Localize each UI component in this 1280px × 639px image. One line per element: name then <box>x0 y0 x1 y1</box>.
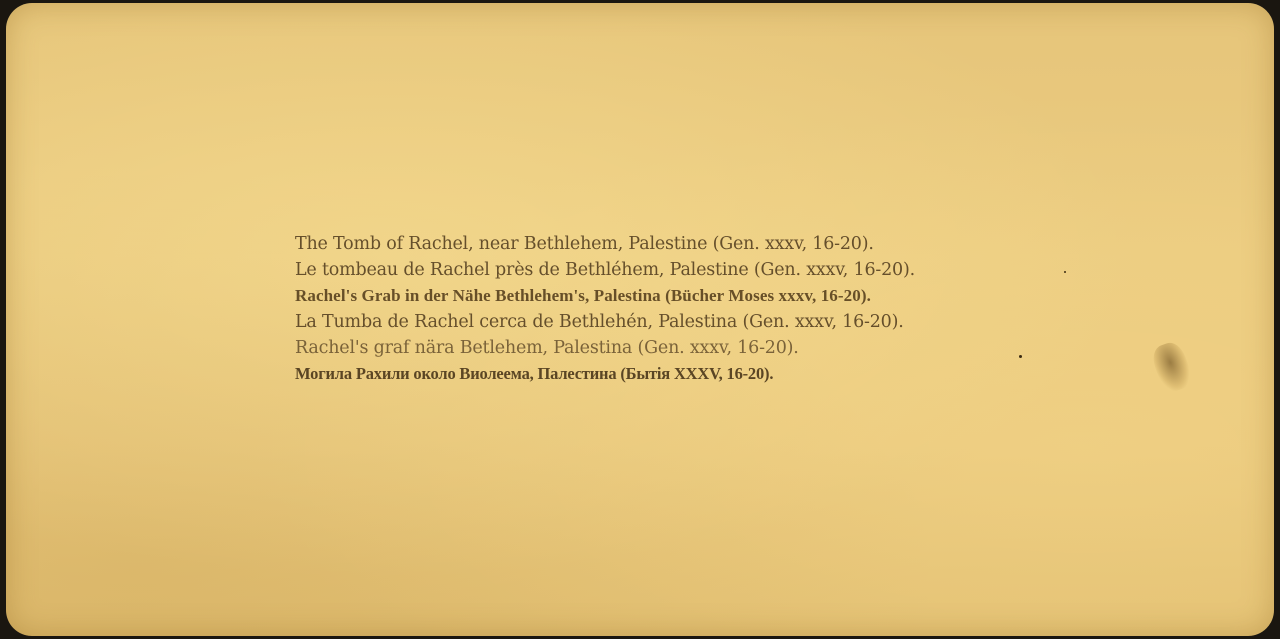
caption-russian: Могила Рахили около Виолеема, Палестина … <box>295 361 915 387</box>
stain-mark <box>1149 339 1195 395</box>
caption-block: The Tomb of Rachel, near Bethlehem, Pale… <box>295 231 915 387</box>
speck <box>1064 271 1066 273</box>
caption-german: Rachel's Grab in der Nähe Bethlehem's, P… <box>295 283 915 309</box>
caption-english: The Tomb of Rachel, near Bethlehem, Pale… <box>295 231 915 257</box>
stereoview-card-back: The Tomb of Rachel, near Bethlehem, Pale… <box>6 3 1274 636</box>
caption-spanish: La Tumba de Rachel cerca de Bethlehén, P… <box>295 309 915 335</box>
caption-swedish: Rachel's graf nära Betlehem, Palestina (… <box>295 335 915 361</box>
speck <box>1019 355 1022 358</box>
caption-french: Le tombeau de Rachel près de Bethléhem, … <box>295 257 915 283</box>
